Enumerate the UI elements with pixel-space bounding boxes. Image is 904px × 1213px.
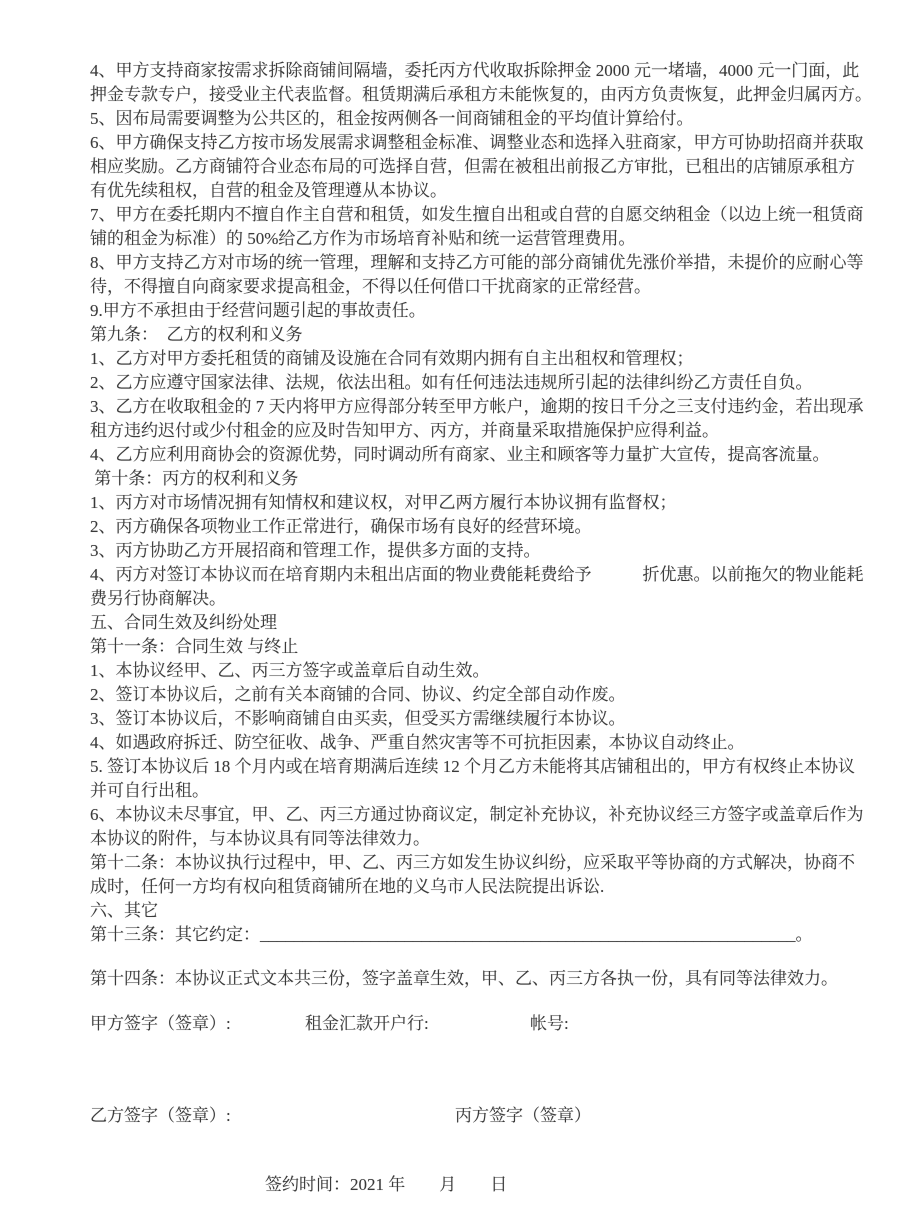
signature-label: 租金汇款开户行:: [305, 1012, 429, 1036]
sign-row-1: 甲方签字（签章）:租金汇款开户行:帐号:: [90, 1012, 848, 1036]
contract-text-line: 相应奖励。乙方商铺符合业态布局的可选择自营，但需在被租出前报乙方审批，已租出的店…: [90, 155, 848, 179]
contract-text-line: 有优先续租权，自营的租金及管理遵从本协议。: [90, 179, 848, 203]
contract-document-page: 4、甲方支持商家按需求拆除商铺间隔墙，委托丙方代收取拆除押金 2000 元一堵墙…: [0, 0, 904, 1213]
contract-text-line: 1、本协议经甲、乙、丙三方签字或盖章后自动生效。: [90, 659, 848, 683]
contract-text-line: 2、丙方确保各项物业工作正常进行，确保市场有良好的经营环境。: [90, 515, 848, 539]
contract-text-line: 第十四条：本协议正式文本共三份，签字盖章生效，甲、乙、丙三方各执一份，具有同等法…: [90, 967, 848, 991]
contract-text-line: 5. 签订本协议后 18 个月内或在培育期满后连续 12 个月乙方未能将其店铺租…: [90, 755, 848, 779]
signature-label: 帐号:: [530, 1012, 569, 1036]
signature-label: 甲方签字（签章）:: [90, 1012, 231, 1036]
contract-text-line: 第十一条：合同生效 与终止: [90, 635, 848, 659]
vertical-spacer: [90, 1128, 848, 1173]
contract-text-line: 第九条： 乙方的权利和义务: [90, 323, 848, 347]
contract-text-line: 3、签订本协议后，不影响商铺自由买卖，但受买方需继续履行本协议。: [90, 707, 848, 731]
sign-row-2: 乙方签字（签章）:丙方签字（签章）: [90, 1104, 848, 1128]
signature-label: 签约时间：2021 年 月 日: [265, 1173, 507, 1197]
contract-text-line: 2、乙方应遵守国家法律、法规，依法出租。如有任何违法违规所引起的法律纠纷乙方责任…: [90, 371, 848, 395]
contract-text-line: 6、本协议未尽事宜，甲、乙、丙三方通过协商议定，制定补充协议，补充协议经三方签字…: [90, 803, 848, 827]
contract-text-line: 5、因布局需要调整为公共区的，租金按两侧各一间商铺租金的平均值计算给付。: [90, 107, 848, 131]
signature-label: 丙方签字（签章）: [455, 1104, 591, 1128]
contract-text-line: 4、如遇政府拆迁、防空征收、战争、严重自然灾害等不可抗拒因素，本协议自动终止。: [90, 731, 848, 755]
footer-row: 签约时间：2021 年 月 日: [90, 1173, 848, 1197]
contract-text-line: 铺的租金为标准）的 50%给乙方作为市场培育补贴和统一运营管理费用。: [90, 227, 848, 251]
contract-text-line: 押金专款专户，接受业主代表监督。租赁期满后承租方未能恢复的，由丙方负责恢复，此押…: [90, 83, 848, 107]
contract-text-line: 6、甲方确保支持乙方按市场发展需求调整租金标准、调整业态和选择入驻商家，甲方可协…: [90, 131, 848, 155]
contract-text-line: 2、签订本协议后，之前有关本商铺的合同、协议、约定全部自动作废。: [90, 683, 848, 707]
contract-text-line: 第十条：丙方的权利和义务: [90, 467, 848, 491]
contract-text-line: 4、丙方对签订本协议而在培育期内未租出店面的物业费能耗费给予 折优惠。以前拖欠的…: [90, 563, 848, 587]
contract-text-line: 费另行协商解决。: [90, 587, 848, 611]
contract-text-line: 1、丙方对市场情况拥有知情权和建议权，对甲乙两方履行本协议拥有监督权；: [90, 491, 848, 515]
contract-text-line: 租方违约迟付或少付租金的应及时告知甲方、丙方，并商量采取措施保护应得利益。: [90, 419, 848, 443]
vertical-spacer: [90, 991, 848, 1012]
signature-label: 乙方签字（签章）:: [90, 1104, 231, 1128]
contract-text-line: 8、甲方支持乙方对市场的统一管理，理解和支持乙方可能的部分商铺优先涨价举措，未提…: [90, 251, 848, 275]
contract-text-line: 并可自行出租。: [90, 779, 848, 803]
contract-text-line: 成时，任何一方均有权向租赁商铺所在地的义乌市人民法院提出诉讼.: [90, 875, 848, 899]
contract-text-line: 3、乙方在收取租金的 7 天内将甲方应得部分转至甲方帐户，逾期的按日千分之三支付…: [90, 395, 848, 419]
contract-text-line: 3、丙方协助乙方开展招商和管理工作，提供多方面的支持。: [90, 539, 848, 563]
contract-text-line: 第十二条：本协议执行过程中，甲、乙、丙三方如发生协议纠纷，应采取平等协商的方式解…: [90, 851, 848, 875]
contract-text-line: 4、甲方支持商家按需求拆除商铺间隔墙，委托丙方代收取拆除押金 2000 元一堵墙…: [90, 59, 848, 83]
contract-text-line: 9.甲方不承担由于经营问题引起的事故责任。: [90, 299, 848, 323]
contract-text-line: 7、甲方在委托期内不擅自作主自营和租赁，如发生擅自出租或自营的自愿交纳租金（以边…: [90, 203, 848, 227]
contract-text-line: 五、合同生效及纠纷处理: [90, 611, 848, 635]
contract-text-line: 六、其它: [90, 899, 848, 923]
contract-text-line: 待，不得擅自向商家要求提高租金，不得以任何借口干扰商家的正常经营。: [90, 275, 848, 299]
contract-text-line: 4、乙方应利用商协会的资源优势，同时调动所有商家、业主和顾客等力量扩大宣传，提高…: [90, 443, 848, 467]
contract-text-line: 第十三条：其它约定：______________________________…: [90, 923, 848, 947]
vertical-spacer: [90, 1036, 848, 1104]
vertical-spacer: [90, 947, 848, 967]
contract-text-line: 本协议的附件，与本协议具有同等法律效力。: [90, 827, 848, 851]
contract-text-line: 1、乙方对甲方委托租赁的商铺及设施在合同有效期内拥有自主出租权和管理权；: [90, 347, 848, 371]
